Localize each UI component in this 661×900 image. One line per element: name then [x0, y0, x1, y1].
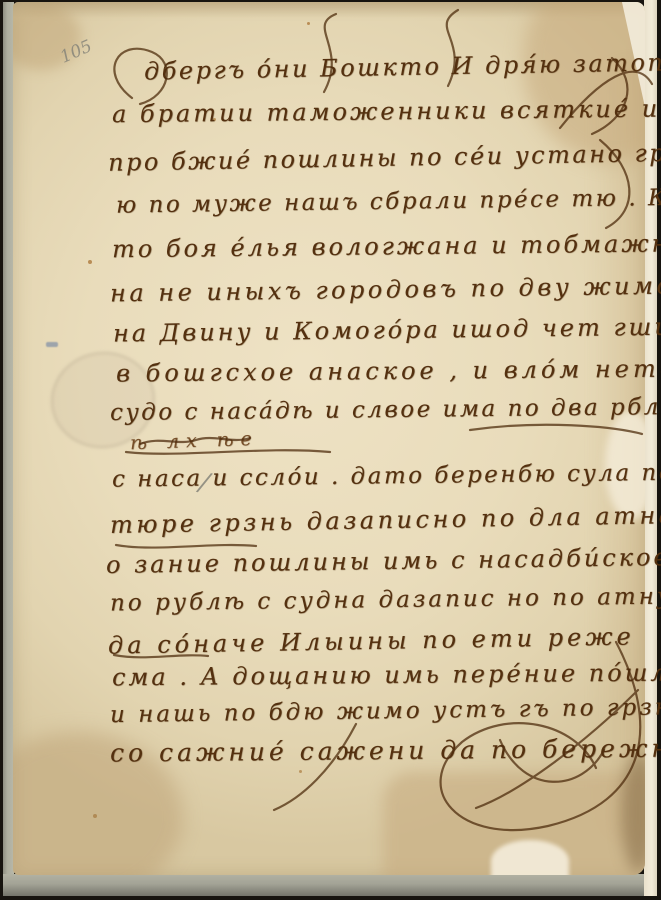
manuscript-line-2: а братии таможенники всяткие́ и худо	[112, 94, 661, 129]
stain-bottom-right	[383, 772, 645, 875]
manuscript-line-16: сма . А дощанию имь пере́ние по́шл	[112, 659, 661, 692]
binding-edge-bottom	[3, 874, 651, 896]
foxing-speck	[88, 260, 92, 264]
manuscript-line-10-flourish: ѣ лх ѣе	[130, 428, 259, 454]
manuscript-line-5: то боя е́лья вологжана и тобмажне иа	[112, 229, 661, 264]
manuscript-line-18: со сажние́ сажени да по бережно	[110, 733, 661, 767]
blue-pencil-tick	[46, 342, 58, 347]
manuscript-line-8: в бошгсхое анаское , и вло́м нетб	[116, 355, 661, 388]
foxing-speck	[307, 22, 310, 25]
page-top-shading	[13, 2, 645, 18]
smudge-bottom-right-corner	[621, 752, 645, 872]
stain-top-right	[523, 2, 645, 162]
foxing-speck	[299, 770, 302, 773]
foxing-speck	[93, 814, 97, 818]
stain-right-edge-band	[591, 62, 645, 842]
bite-bottom-edge	[491, 840, 569, 875]
manuscript-photo: { "pencil_annotations": { "folio_number"…	[0, 0, 661, 900]
